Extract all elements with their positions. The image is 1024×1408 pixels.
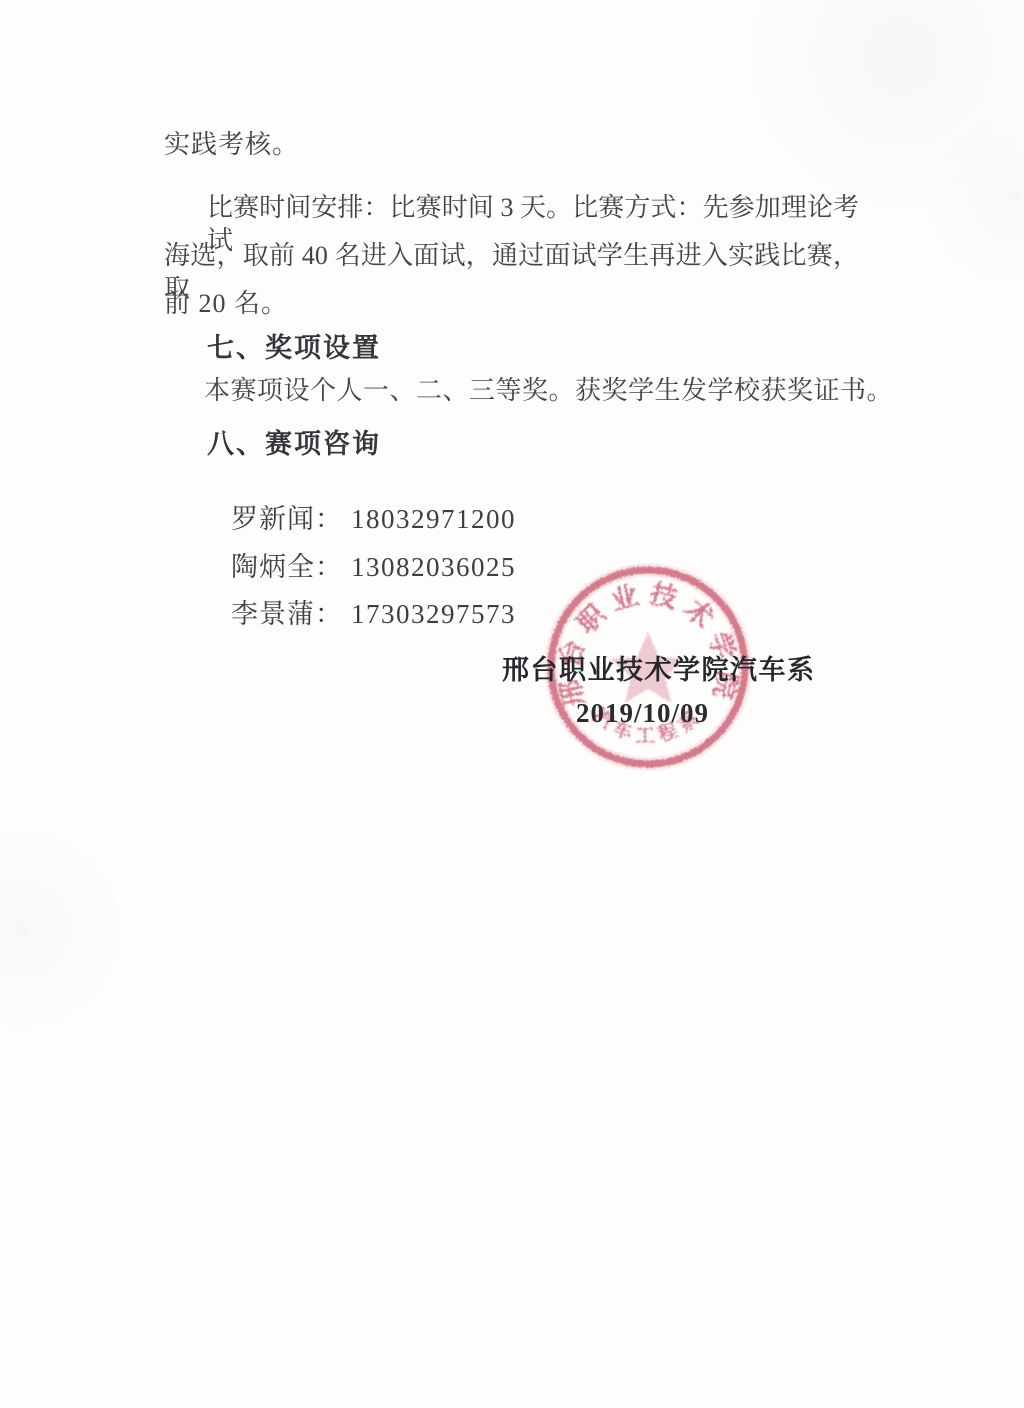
contact-phone: 17303297573: [351, 599, 516, 629]
section-awards-body: 本赛项设个人一、二、三等奖。获奖学生发学校获奖证书。: [204, 375, 893, 408]
contact-name: 李景蒲：: [231, 599, 343, 629]
paragraph-carryover-line: 实践考核。: [164, 129, 299, 162]
section-inquiry-heading: 八、赛项咨询: [207, 422, 381, 461]
schedule-paragraph-line-3: 前 20 名。: [164, 288, 288, 321]
scanned-document-page: 实践考核。 比赛时间安排：比赛时间 3 天。比赛方式：先参加理论考试 海选，取前…: [0, 0, 1024, 1408]
signature-date: 2019/10/09: [576, 698, 709, 729]
section-awards-heading: 七、奖项设置: [207, 326, 381, 365]
contact-row: 李景蒲：17303297573: [204, 561, 516, 662]
signature-organization: 邢台职业技术学院汽车系: [502, 648, 816, 687]
